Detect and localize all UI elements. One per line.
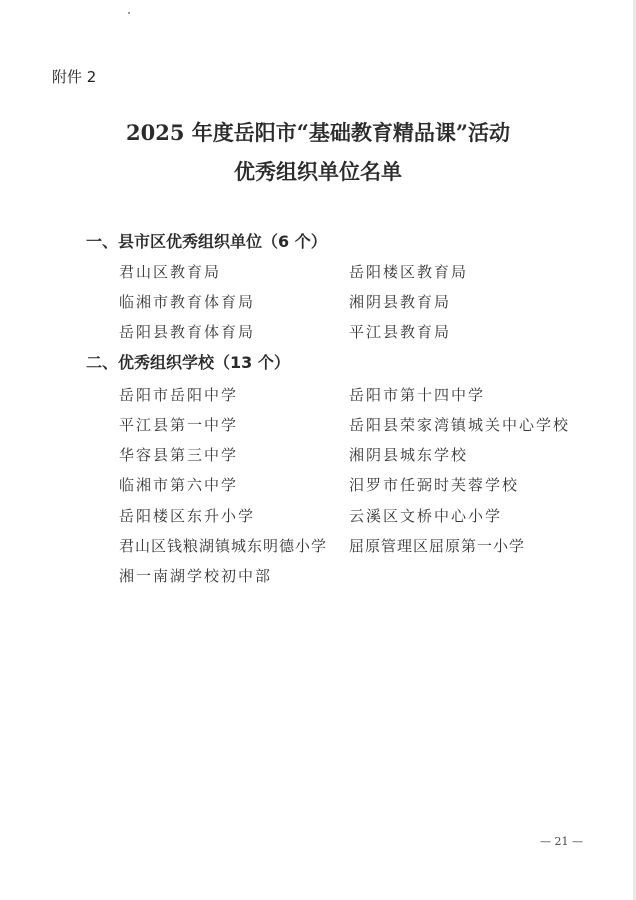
list-item: 岳阳楼区东升小学 <box>119 505 255 526</box>
page-number: — 21 — <box>540 835 583 848</box>
document-title-line-2: 优秀组织单位名单 <box>0 156 636 186</box>
list-item: 湘一南湖学校初中部 <box>119 565 272 586</box>
list-item: 屈原管理区屈原第一小学 <box>349 535 525 556</box>
scan-speck <box>128 12 130 14</box>
list-item: 岳阳县荣家湾镇城关中心学校 <box>349 414 570 435</box>
list-item: 君山区钱粮湖镇城东明德小学 <box>119 535 327 556</box>
list-item: 平江县教育局 <box>349 321 451 342</box>
list-item: 临湘市第六中学 <box>119 474 238 495</box>
list-item: 君山区教育局 <box>119 261 221 282</box>
list-item: 湘阴县城东学校 <box>349 444 468 465</box>
list-item: 汨罗市任弼时芙蓉学校 <box>349 474 519 495</box>
list-item: 临湘市教育体育局 <box>119 291 255 312</box>
list-item: 岳阳市岳阳中学 <box>119 384 238 405</box>
list-item: 岳阳县教育体育局 <box>119 321 255 342</box>
list-item: 云溪区文桥中心小学 <box>349 505 502 526</box>
document-title-line-1: 2025 年度岳阳市“基础教育精品课”活动 <box>0 117 636 147</box>
list-item: 平江县第一中学 <box>119 414 238 435</box>
list-item: 岳阳楼区教育局 <box>349 261 468 282</box>
attachment-label: 附件 2 <box>52 66 96 87</box>
list-item: 湘阴县教育局 <box>349 291 451 312</box>
list-item: 岳阳市第十四中学 <box>349 384 485 405</box>
section-heading-county-units: 一、县市区优秀组织单位（6 个） <box>86 229 327 252</box>
list-item: 华容县第三中学 <box>119 444 238 465</box>
section-heading-schools: 二、优秀组织学校（13 个） <box>86 350 290 373</box>
